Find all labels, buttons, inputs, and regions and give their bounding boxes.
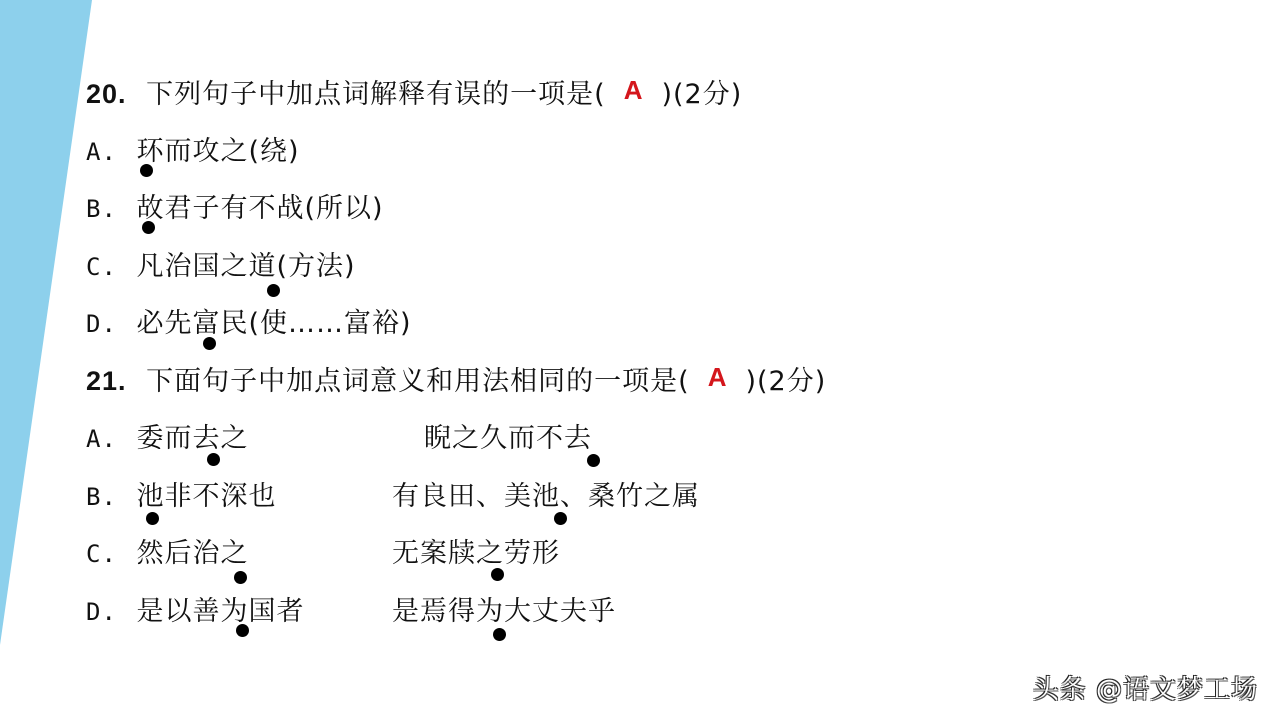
option-label: A. [86,425,117,453]
option-20-b: B. 故君子有不战(所以) [86,189,384,229]
emphasis-dot [491,568,504,581]
option-text: 是以善为国者 [137,596,305,627]
option-text: 环而攻之(绕) [137,136,300,167]
option-20-d: D. 必先富民(使……富裕) [86,304,412,344]
question-text: 下面句子中加点词意义和用法相同的一项是( [146,366,690,397]
option-compare-text: 无案牍之劳形 [392,534,560,574]
answer-mark: A [624,70,644,110]
emphasis-dot [203,337,216,350]
question-21-stem: 21. 下面句子中加点词意义和用法相同的一项是(A)(2分) [86,361,826,401]
option-label: B. [86,483,117,511]
option-21-a: A. 委而去之 [86,419,249,459]
emphasis-dot [587,454,600,467]
emphasis-dot [554,512,567,525]
watermark: 头条 @语文梦工场 [1033,669,1258,706]
answer-mark: A [708,357,728,397]
option-20-a: A. 环而攻之(绕) [86,132,300,172]
question-score: )(2分) [661,79,742,110]
option-text: 凡治国之道(方法) [137,251,356,282]
emphasis-dot [140,164,153,177]
question-number: 21. [86,366,127,396]
question-text: 下列句子中加点词解释有误的一项是( [146,79,606,110]
option-label: A. [86,138,117,166]
emphasis-dot [267,284,280,297]
emphasis-dot [142,221,155,234]
question-score: )(2分) [745,366,826,397]
question-number: 20. [86,79,127,109]
option-21-c: C. 然后治之 [86,534,249,574]
option-21-b: B. 池非不深也 [86,477,277,517]
emphasis-dot [493,628,506,641]
option-label: C. [86,253,117,281]
option-label: B. [86,195,117,223]
option-text: 必先富民(使……富裕) [137,308,412,339]
emphasis-dot [236,624,249,637]
option-text: 池非不深也 [137,481,277,512]
option-text: 委而去之 [137,423,249,454]
decorative-blue-wedge [0,0,100,720]
option-label: D. [86,598,117,626]
option-label: C. [86,540,117,568]
emphasis-dot [146,512,159,525]
question-20-stem: 20. 下列句子中加点词解释有误的一项是(A)(2分) [86,74,742,114]
option-compare-text: 是焉得为大丈夫乎 [392,592,616,632]
option-21-d: D. 是以善为国者 [86,592,305,632]
emphasis-dot [207,453,220,466]
option-compare-text: 睨之久而不去 [424,419,592,459]
option-20-c: C. 凡治国之道(方法) [86,247,356,287]
option-label: D. [86,310,117,338]
emphasis-dot [234,571,247,584]
option-compare-text: 有良田、美池、桑竹之属 [392,477,700,517]
option-text: 然后治之 [137,538,249,569]
option-text: 故君子有不战(所以) [137,193,384,224]
